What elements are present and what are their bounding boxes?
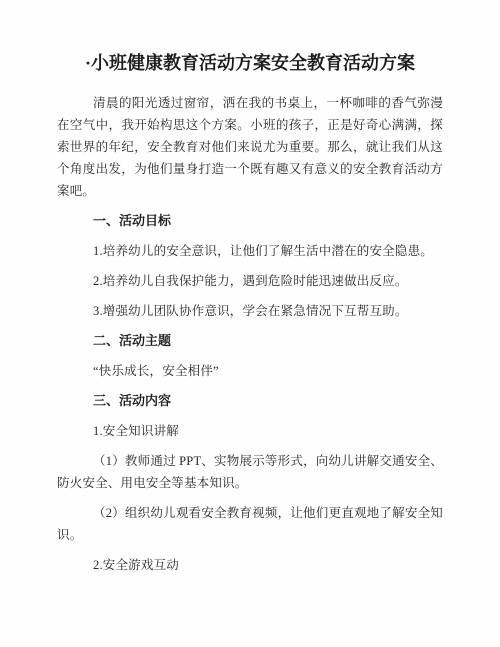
- content-sub-item-2: （2）组织幼儿观看安全教育视频，让他们更直观地了解安全知识。: [57, 502, 443, 546]
- goal-item-1: 1.培养幼儿的安全意识，让他们了解生活中潜在的安全隐患。: [57, 240, 443, 262]
- content-sub-item-1: （1）教师通过 PPT、实物展示等形式，向幼儿讲解交通安全、防火安全、用电安全等…: [57, 450, 443, 494]
- content-item-1: 1.安全知识讲解: [57, 420, 443, 442]
- section-heading-activity-goals: 一、活动目标: [57, 210, 443, 232]
- section-heading-activity-content: 三、活动内容: [57, 390, 443, 412]
- goal-item-2: 2.培养幼儿自我保护能力，遇到危险时能迅速做出反应。: [57, 270, 443, 292]
- goal-item-3: 3.增强幼儿团队协作意识，学会在紧急情况下互帮互助。: [57, 300, 443, 322]
- section-heading-activity-theme: 二、活动主题: [57, 330, 443, 352]
- theme-slogan: “快乐成长，安全相伴”: [57, 360, 443, 382]
- intro-paragraph: 清晨的阳光透过窗帘，洒在我的书桌上，一杯咖啡的香气弥漫在空气中，我开始构思这个方…: [57, 92, 443, 202]
- content-item-2: 2.安全游戏互动: [57, 554, 443, 576]
- document-title: ·小班健康教育活动方案安全教育活动方案: [57, 50, 443, 76]
- document-page: ·小班健康教育活动方案安全教育活动方案 清晨的阳光透过窗帘，洒在我的书桌上，一杯…: [0, 0, 500, 647]
